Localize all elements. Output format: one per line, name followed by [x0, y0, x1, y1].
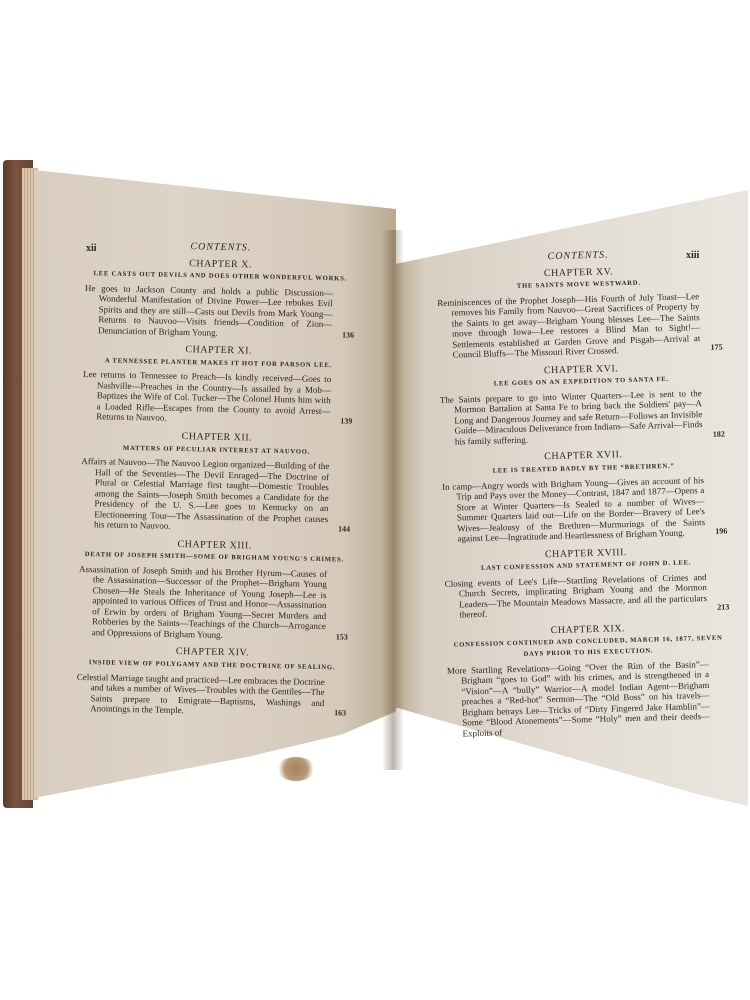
right-page-contents: CONTENTS. CHAPTER XV. The Saints move we…	[436, 248, 733, 747]
chapter-summary: The Saints prepare to go into Winter Qua…	[440, 387, 725, 447]
chapter-entry: CHAPTER X. Lee casts out devils and does…	[84, 257, 356, 341]
chapter-summary: Assassination of Joseph Smith and his Br…	[78, 564, 349, 643]
chapter-entry: CHAPTER XV. The Saints move westward. Re…	[436, 264, 722, 361]
chapter-page-number: 182	[713, 429, 725, 440]
chapter-summary: Reminiscences of the Prophet Joseph—His …	[437, 290, 723, 360]
chapter-page-number: 163	[334, 708, 346, 719]
chapter-page-number: 139	[340, 417, 352, 428]
chapter-entry: CHAPTER XIV. Inside view of polygamy and…	[76, 645, 347, 719]
chapter-entry: CHAPTER XII. Matters of peculiar interes…	[80, 430, 352, 535]
foxing-stain	[276, 757, 316, 781]
chapter-page-number: 136	[342, 330, 354, 341]
chapter-summary: More Startling Revelations—Going “Over t…	[447, 658, 733, 739]
chapter-entry: CHAPTER XI. A Tennessee planter makes it…	[82, 343, 354, 427]
chapter-entry: CHAPTER XIX. Confession continued and co…	[446, 621, 733, 739]
chapter-page-number: 175	[710, 343, 722, 354]
chapter-entry: CHAPTER XIII. Death of Joseph Smith—Some…	[78, 538, 350, 643]
open-book: xii xiii CONTENTS. CHAPTER X. Lee casts …	[0, 0, 750, 1000]
chapter-summary: Affairs at Nauvoo—The Nauvoo Legion orga…	[80, 456, 351, 535]
chapter-entry: CHAPTER XVI. Lee goes on an expedition t…	[439, 361, 725, 447]
chapter-page-number: 144	[338, 524, 350, 535]
chapter-entry: CHAPTER XVII. Lee is treated badly by th…	[441, 448, 727, 545]
chapter-summary: Lee returns to Tennessee to Preach—Is ki…	[82, 369, 353, 427]
chapter-page-number: 213	[717, 603, 729, 614]
chapter-summary: In camp—Angry words with Brigham Young—G…	[442, 474, 728, 544]
left-page-contents: CONTENTS. CHAPTER X. Lee casts out devil…	[76, 240, 356, 727]
chapter-summary: Closing events of Lee's Life—Startling R…	[444, 571, 729, 620]
chapter-entry: CHAPTER XVIII. Last confession and state…	[444, 545, 730, 621]
chapter-page-number: 153	[336, 632, 348, 643]
chapter-page-number: 196	[715, 527, 727, 538]
book-gutter	[382, 230, 404, 770]
chapter-summary: He goes to Jackson County and holds a pu…	[84, 283, 355, 341]
chapter-summary: Celestial Marriage taught and practiced—…	[76, 671, 347, 719]
